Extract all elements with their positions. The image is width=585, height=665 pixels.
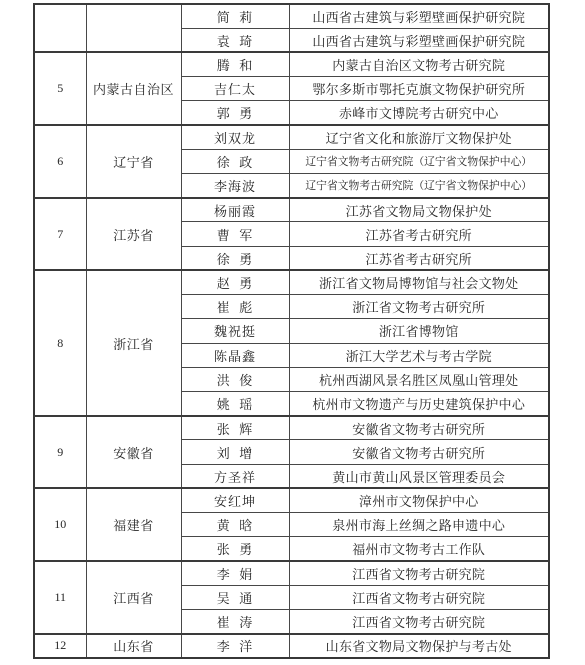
institution-cell: 漳州市文物保护中心 xyxy=(289,488,549,512)
institution-cell: 福州市文物考古工作队 xyxy=(289,537,549,561)
institution-cell: 浙江省博物馆 xyxy=(289,319,549,343)
name-cell: 杨丽霞 xyxy=(181,198,289,222)
name-cell: 郭 勇 xyxy=(181,101,289,125)
institution-cell: 赤峰市文博院考古研究中心 xyxy=(289,101,549,125)
index-cell: 6 xyxy=(34,125,86,198)
name-cell: 曹 军 xyxy=(181,222,289,246)
province-cell: 安徽省 xyxy=(86,416,181,489)
table-row: 7江苏省杨丽霞江苏省文物局文物保护处 xyxy=(34,198,549,222)
name-cell: 李 洋 xyxy=(181,634,289,658)
name-cell: 黄 晗 xyxy=(181,513,289,537)
index-cell: 7 xyxy=(34,198,86,271)
table-row: 简 莉山西省古建筑与彩塑壁画保护研究院 xyxy=(34,4,549,28)
institution-cell: 山东省文物局文物保护与考古处 xyxy=(289,634,549,658)
name-cell: 张 勇 xyxy=(181,537,289,561)
name-cell: 赵 勇 xyxy=(181,270,289,294)
institution-cell: 辽宁省文化和旅游厅文物保护处 xyxy=(289,125,549,149)
institution-cell: 安徽省文物考古研究所 xyxy=(289,416,549,440)
name-cell: 洪 俊 xyxy=(181,367,289,391)
institution-cell: 辽宁省文物考古研究院（辽宁省文物保护中心） xyxy=(289,174,549,198)
institution-cell: 江西省文物考古研究院 xyxy=(289,609,549,633)
province-cell: 福建省 xyxy=(86,488,181,561)
province-cell: 内蒙古自治区 xyxy=(86,52,181,125)
name-cell: 李 娟 xyxy=(181,561,289,585)
index-cell: 9 xyxy=(34,416,86,489)
index-cell: 11 xyxy=(34,561,86,634)
institution-cell: 内蒙古自治区文物考古研究院 xyxy=(289,52,549,76)
roster-table-body: 简 莉山西省古建筑与彩塑壁画保护研究院袁 琦山西省古建筑与彩塑壁画保护研究院5内… xyxy=(34,4,549,658)
name-cell: 袁 琦 xyxy=(181,28,289,52)
name-cell: 吉仁太 xyxy=(181,77,289,101)
name-cell: 徐 政 xyxy=(181,149,289,173)
institution-cell: 山西省古建筑与彩塑壁画保护研究院 xyxy=(289,4,549,28)
province-cell: 山东省 xyxy=(86,634,181,658)
institution-cell: 江西省文物考古研究院 xyxy=(289,561,549,585)
name-cell: 张 辉 xyxy=(181,416,289,440)
name-cell: 方圣祥 xyxy=(181,464,289,488)
table-row: 9安徽省张 辉安徽省文物考古研究所 xyxy=(34,416,549,440)
name-cell: 崔 彪 xyxy=(181,295,289,319)
institution-cell: 浙江省文物考古研究所 xyxy=(289,295,549,319)
institution-cell: 鄂尔多斯市鄂托克旗文物保护研究所 xyxy=(289,77,549,101)
name-cell: 徐 勇 xyxy=(181,246,289,270)
institution-cell: 江苏省文物局文物保护处 xyxy=(289,198,549,222)
index-cell: 10 xyxy=(34,488,86,561)
table-row: 11江西省李 娟江西省文物考古研究院 xyxy=(34,561,549,585)
name-cell: 刘双龙 xyxy=(181,125,289,149)
province-cell: 浙江省 xyxy=(86,270,181,415)
institution-cell: 山西省古建筑与彩塑壁画保护研究院 xyxy=(289,28,549,52)
institution-cell: 江西省文物考古研究院 xyxy=(289,585,549,609)
index-cell: 8 xyxy=(34,270,86,415)
province-cell: 江西省 xyxy=(86,561,181,634)
index-cell xyxy=(34,4,86,52)
name-cell: 安红坤 xyxy=(181,488,289,512)
province-cell: 江苏省 xyxy=(86,198,181,271)
institution-cell: 浙江省文物局博物馆与社会文物处 xyxy=(289,270,549,294)
name-cell: 魏祝挺 xyxy=(181,319,289,343)
table-row: 6辽宁省刘双龙辽宁省文化和旅游厅文物保护处 xyxy=(34,125,549,149)
table-row: 10福建省安红坤漳州市文物保护中心 xyxy=(34,488,549,512)
institution-cell: 安徽省文物考古研究所 xyxy=(289,440,549,464)
institution-cell: 泉州市海上丝绸之路申遗中心 xyxy=(289,513,549,537)
name-cell: 李海波 xyxy=(181,174,289,198)
province-cell: 辽宁省 xyxy=(86,125,181,198)
table-row: 5内蒙古自治区腾 和内蒙古自治区文物考古研究院 xyxy=(34,52,549,76)
institution-cell: 江苏省考古研究所 xyxy=(289,246,549,270)
institution-cell: 黄山市黄山风景区管理委员会 xyxy=(289,464,549,488)
index-cell: 12 xyxy=(34,634,86,658)
name-cell: 姚 瑶 xyxy=(181,392,289,416)
institution-cell: 辽宁省文物考古研究院（辽宁省文物保护中心） xyxy=(289,149,549,173)
document-page: 简 莉山西省古建筑与彩塑壁画保护研究院袁 琦山西省古建筑与彩塑壁画保护研究院5内… xyxy=(0,0,585,665)
experts-roster-table: 简 莉山西省古建筑与彩塑壁画保护研究院袁 琦山西省古建筑与彩塑壁画保护研究院5内… xyxy=(33,3,550,659)
name-cell: 刘 增 xyxy=(181,440,289,464)
province-cell xyxy=(86,4,181,52)
name-cell: 简 莉 xyxy=(181,4,289,28)
institution-cell: 杭州西湖风景名胜区凤凰山管理处 xyxy=(289,367,549,391)
index-cell: 5 xyxy=(34,52,86,125)
name-cell: 陈晶鑫 xyxy=(181,343,289,367)
institution-cell: 杭州市文物遗产与历史建筑保护中心 xyxy=(289,392,549,416)
table-row: 8浙江省赵 勇浙江省文物局博物馆与社会文物处 xyxy=(34,270,549,294)
name-cell: 吴 通 xyxy=(181,585,289,609)
name-cell: 崔 涛 xyxy=(181,609,289,633)
institution-cell: 江苏省考古研究所 xyxy=(289,222,549,246)
name-cell: 腾 和 xyxy=(181,52,289,76)
table-row: 12山东省李 洋山东省文物局文物保护与考古处 xyxy=(34,634,549,658)
institution-cell: 浙江大学艺术与考古学院 xyxy=(289,343,549,367)
